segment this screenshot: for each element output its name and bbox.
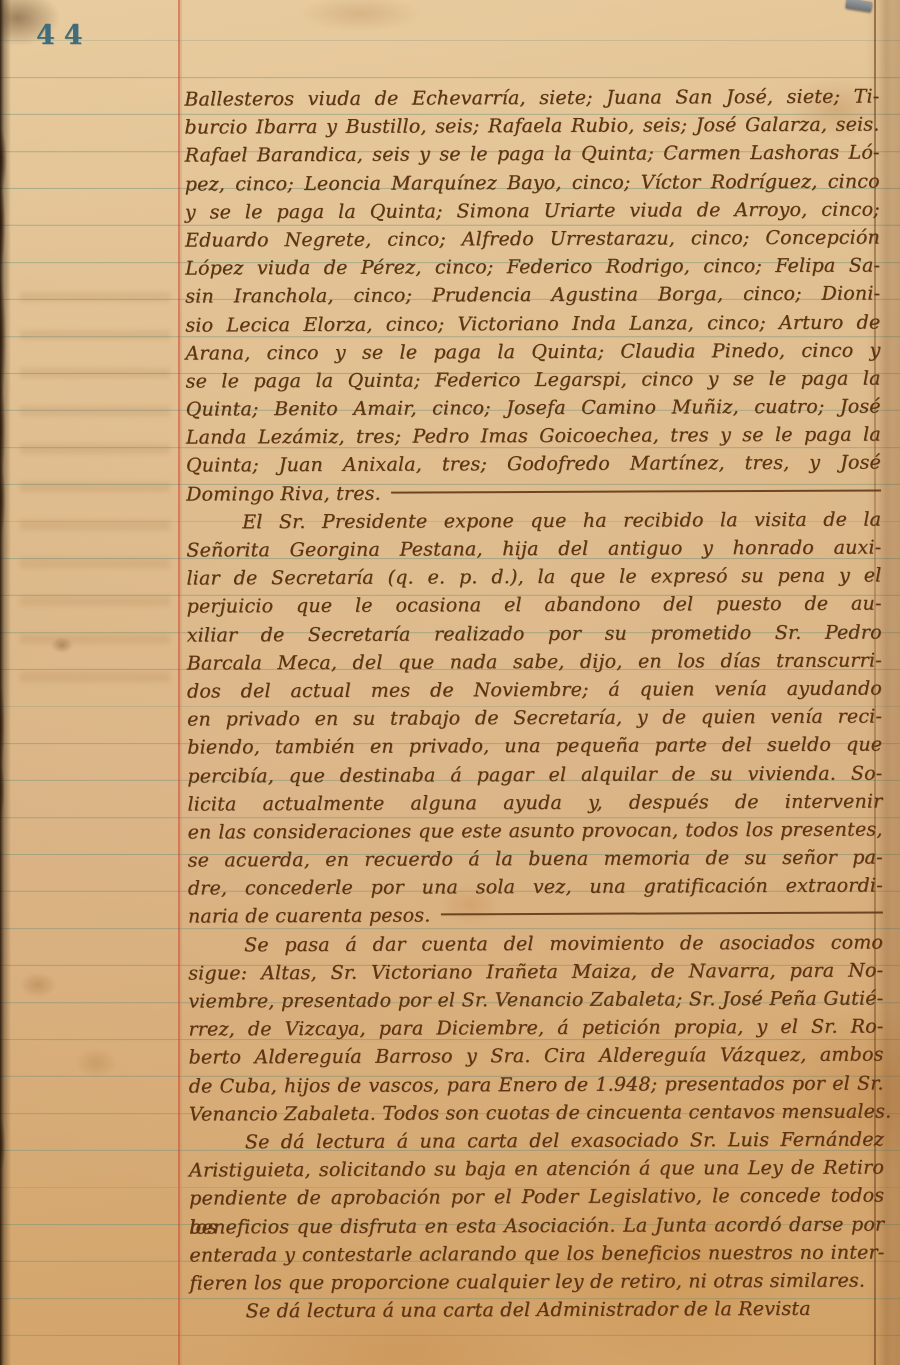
handwritten-text-block: Ballesteros viuda de Echevarría, siete; …	[184, 82, 884, 1325]
text-line: en las consideraciones que este asunto p…	[187, 815, 882, 846]
text-line: enterada y contestarle aclarando que los…	[189, 1238, 884, 1269]
text-line: Se dá lectura á una carta del Administra…	[190, 1295, 885, 1326]
text-line-content: naria de cuarenta pesos.	[188, 902, 431, 931]
text-line: biendo, también en privado, una pequeña …	[187, 731, 882, 762]
paragraph-2: El Sr. Presidente expone que ha recibido…	[186, 505, 883, 931]
text-line: y se le paga la Quinta; Simona Uriarte v…	[185, 195, 880, 226]
text-line: Domingo Riva, tres.	[186, 477, 881, 508]
page-number: 44	[36, 20, 92, 51]
ink-rule	[391, 489, 881, 493]
text-line: se acuerda, en recuerdo á la buena memor…	[188, 844, 883, 875]
text-line: xiliar de Secretaría realizado por su pr…	[187, 618, 882, 649]
text-line: burcio Ibarra y Bustillo, seis; Rafaela …	[184, 111, 879, 142]
text-line: Señorita Georgina Pestana, hija del anti…	[186, 533, 881, 564]
text-line: Se pasa á dar cuenta del movimiento de a…	[188, 928, 883, 959]
red-margin-line	[178, 0, 180, 1365]
paragraph-4: Se dá lectura á una carta del exasociado…	[189, 1125, 885, 1297]
text-line: Barcala Meca, del que nada sabe, dijo, e…	[187, 646, 882, 677]
text-line: López viuda de Pérez, cinco; Federico Ro…	[185, 252, 880, 283]
text-line: naria de cuarenta pesos.	[188, 900, 883, 931]
text-line: pendiente de aprobación por el Poder Leg…	[189, 1182, 884, 1213]
text-line: percibía, que destinaba á pagar el alqui…	[187, 759, 882, 790]
paragraph-1: Ballesteros viuda de Echevarría, siete; …	[184, 82, 881, 508]
text-line: en privado en su trabajo de Secretaría, …	[187, 703, 882, 734]
text-line: pez, cinco; Leoncia Marquínez Bayo, cinc…	[185, 167, 880, 198]
text-line: viembre, presentado por el Sr. Venancio …	[188, 984, 883, 1015]
text-line: Rafael Barandica, seis y se le paga la Q…	[185, 139, 880, 170]
ink-bleed-through	[20, 280, 170, 700]
text-line: Landa Lezámiz, tres; Pedro Imas Goicoech…	[186, 421, 881, 452]
text-line: Aristiguieta, solicitando su baja en ate…	[189, 1154, 884, 1185]
text-line: licita actualmente alguna ayuda y, despu…	[187, 787, 882, 818]
text-line: Ballesteros viuda de Echevarría, siete; …	[184, 82, 879, 113]
text-line: Arana, cinco y se le paga la Quinta; Cla…	[185, 336, 880, 367]
text-line: Quinta; Juan Anixala, tres; Godofredo Ma…	[186, 449, 881, 480]
text-line: dre, concederle por una sola vez, una gr…	[188, 872, 883, 903]
text-line: sio Lecica Elorza, cinco; Victoriano Ind…	[185, 308, 880, 339]
left-scan-edge	[0, 0, 16, 1365]
text-line: perjuicio que le ocasiona el abandono de…	[187, 590, 882, 621]
text-line: se le paga la Quinta; Federico Legarspi,…	[186, 364, 881, 395]
text-line: rrez, de Vizcaya, para Diciembre, á peti…	[188, 1013, 883, 1044]
text-line: Quinta; Benito Amair, cinco; Josefa Cami…	[186, 393, 881, 424]
text-line: Venancio Zabaleta. Todos son cuotas de c…	[189, 1097, 884, 1128]
text-line: berto Aldereguía Barroso y Sra. Cira Ald…	[188, 1041, 883, 1072]
text-line: El Sr. Presidente expone que ha recibido…	[186, 505, 881, 536]
text-line-content: Domingo Riva, tres.	[186, 479, 381, 508]
text-line: Eduardo Negrete, cinco; Alfredo Urrestar…	[185, 223, 880, 254]
text-line: Se dá lectura á una carta del exasociado…	[189, 1125, 884, 1156]
paragraph-5: Se dá lectura á una carta del Administra…	[190, 1295, 885, 1326]
text-line: liar de Secretaría (q. e. p. d.), la que…	[186, 562, 881, 593]
text-line: beneficios que disfruta en esta Asociaci…	[189, 1210, 884, 1241]
text-line: sin Iranchola, cinco; Prudencia Agustina…	[185, 280, 880, 311]
paragraph-3: Se pasa á dar cuenta del movimiento de a…	[188, 928, 884, 1128]
text-line: dos del actual mes de Noviembre; á quien…	[187, 674, 882, 705]
text-line: sigue: Altas, Sr. Victoriano Irañeta Mai…	[188, 956, 883, 987]
text-line: de Cuba, hijos de vascos, para Enero de …	[189, 1069, 884, 1100]
ink-rule	[440, 912, 883, 916]
manuscript-page: 44 Ballesteros viuda de Echevarría, siet…	[0, 0, 900, 1365]
text-line: fieren los que proporcione cualquier ley…	[189, 1266, 884, 1297]
